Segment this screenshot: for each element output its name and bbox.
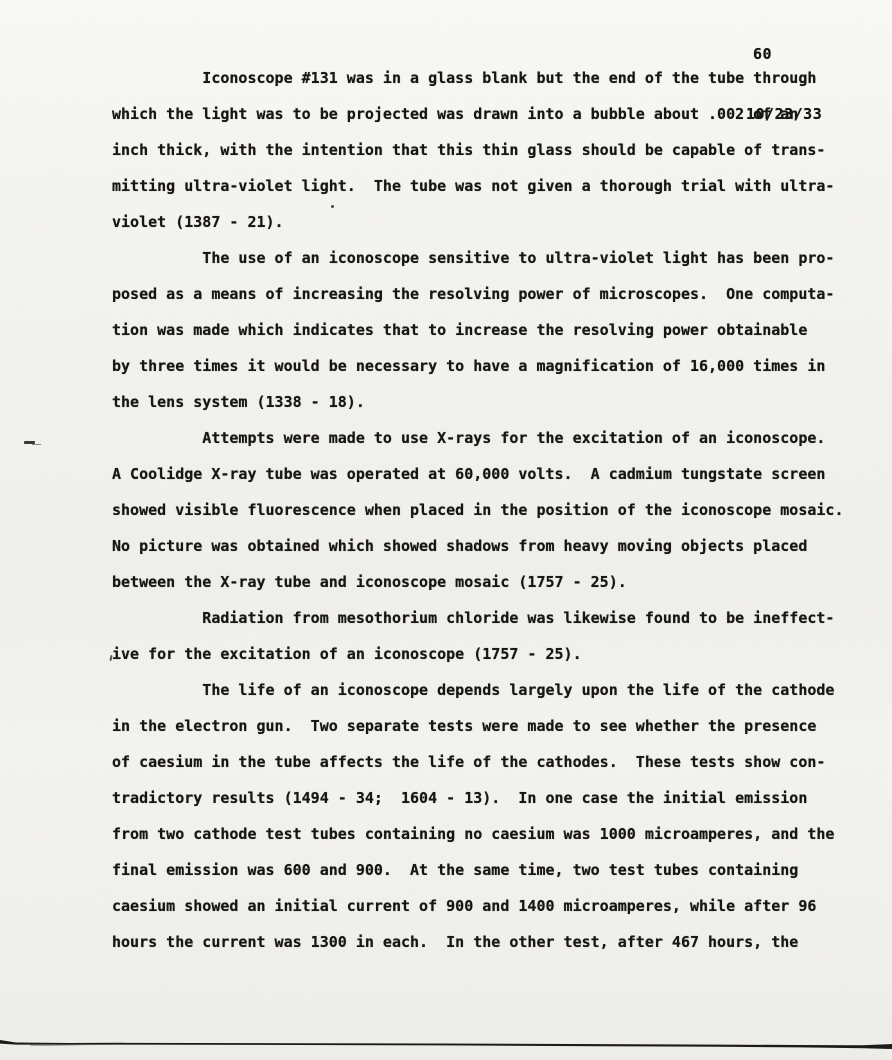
document-body: Iconoscope #131 was in a glass blank but… xyxy=(112,60,872,960)
text-line: Radiation from mesothorium chloride was … xyxy=(112,600,872,636)
text-line: posed as a means of increasing the resol… xyxy=(112,276,872,312)
text-line: A Coolidge X-ray tube was operated at 60… xyxy=(112,456,872,492)
pencil-dash-mark xyxy=(24,441,35,444)
text-line: The life of an iconoscope depends largel… xyxy=(112,672,872,708)
text-line: tradictory results (1494 - 34; 1604 - 13… xyxy=(112,780,872,816)
text-line: Iconoscope #131 was in a glass blank but… xyxy=(112,60,872,96)
text-line: Attempts were made to use X-rays for the… xyxy=(112,420,872,456)
text-line: in the electron gun. Two separate tests … xyxy=(112,708,872,744)
stray-ink-dot xyxy=(331,205,334,208)
text-line: tion was made which indicates that to in… xyxy=(112,312,872,348)
text-line: ive for the excitation of an iconoscope … xyxy=(112,636,872,672)
text-line: between the X-ray tube and iconoscope mo… xyxy=(112,564,872,600)
text-line: final emission was 600 and 900. At the s… xyxy=(112,852,872,888)
text-line: the lens system (1338 - 18). xyxy=(112,384,872,420)
text-line: No picture was obtained which showed sha… xyxy=(112,528,872,564)
text-line: mitting ultra-violet light. The tube was… xyxy=(112,168,872,204)
scanned-horizontal-rule xyxy=(0,1036,892,1054)
text-line: The use of an iconoscope sensitive to ul… xyxy=(112,240,872,276)
text-line: showed visible fluorescence when placed … xyxy=(112,492,872,528)
text-line: of caesium in the tube affects the life … xyxy=(112,744,872,780)
text-line: caesium showed an initial current of 900… xyxy=(112,888,872,924)
text-line: from two cathode test tubes containing n… xyxy=(112,816,872,852)
text-line: violet (1387 - 21). xyxy=(112,204,872,240)
text-line: hours the current was 1300 in each. In t… xyxy=(112,924,872,960)
document-page: 60 10/23/33 Iconoscope #131 was in a gla… xyxy=(0,0,892,1060)
text-line: which the light was to be projected was … xyxy=(112,96,872,132)
text-line: by three times it would be necessary to … xyxy=(112,348,872,384)
text-line: inch thick, with the intention that this… xyxy=(112,132,872,168)
